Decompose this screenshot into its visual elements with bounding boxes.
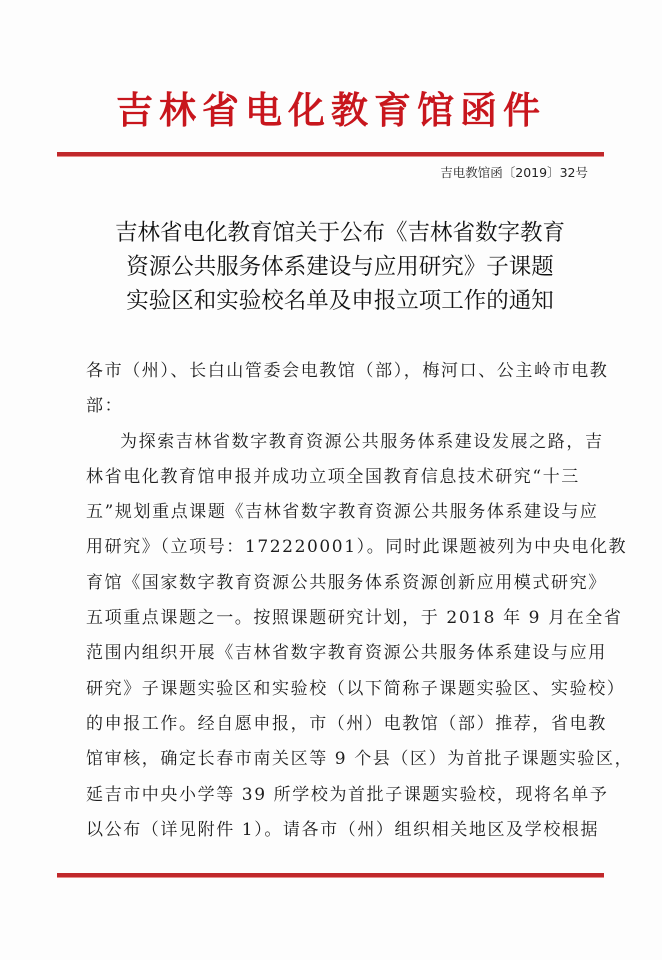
notice-title-line: 实验区和实验校名单及申报立项工作的通知 — [60, 284, 620, 318]
paragraph-line: 用研究》（立项号：172220001）。同时此课题被列为中央电化教 — [86, 530, 612, 565]
document-page: 吉林省电化教育馆函件 吉电教馆函〔2019〕32号 吉林省电化教育馆关于公布《吉… — [0, 0, 662, 960]
paragraph-line: 五项重点课题之一。按照课题研究计划，于 2018 年 9 月在全省 — [86, 601, 612, 636]
notice-title-line: 吉林省电化教育馆关于公布《吉林省数字教育 — [60, 216, 620, 250]
paragraph-line: 五”规划重点课题《吉林省数字教育资源公共服务体系建设与应 — [86, 495, 612, 530]
salutation-line: 各市（州）、长白山管委会电教馆（部），梅河口、公主岭市电教 — [86, 354, 612, 389]
notice-body: 各市（州）、长白山管委会电教馆（部），梅河口、公主岭市电教 部： 为探索吉林省数… — [86, 354, 612, 848]
document-number: 吉电教馆函〔2019〕32号 — [440, 163, 588, 181]
notice-title: 吉林省电化教育馆关于公布《吉林省数字教育 资源公共服务体系建设与应用研究》子课题… — [60, 216, 620, 318]
paragraph-line: 的申报工作。经自愿申报，市（州）电教馆（部）推荐，省电教 — [86, 707, 612, 742]
paragraph-line: 林省电化教育馆申报并成功立项全国教育信息技术研究“十三 — [86, 460, 612, 495]
notice-title-line: 资源公共服务体系建设与应用研究》子课题 — [60, 250, 620, 284]
letterhead-title: 吉林省电化教育馆函件 — [0, 88, 662, 134]
header-red-rule — [57, 152, 604, 157]
paragraph-line: 研究》子课题实验区和实验校（以下简称子课题实验区、实验校） — [86, 672, 612, 707]
paragraph-line: 为探索吉林省数字教育资源公共服务体系建设发展之路，吉 — [86, 425, 612, 460]
paragraph-line: 范围内组织开展《吉林省数字教育资源公共服务体系建设与应用 — [86, 636, 612, 671]
salutation-line: 部： — [86, 389, 612, 424]
paragraph-line: 馆审核，确定长春市南关区等 9 个县（区）为首批子课题实验区， — [86, 742, 612, 777]
paragraph-line: 以公布（详见附件 1）。请各市（州）组织相关地区及学校根据 — [86, 813, 612, 848]
footer-red-rule — [57, 873, 604, 878]
paragraph-line: 育馆《国家数字教育资源公共服务体系资源创新应用模式研究》 — [86, 566, 612, 601]
paragraph-line: 延吉市中央小学等 39 所学校为首批子课题实验校，现将名单予 — [86, 778, 612, 813]
